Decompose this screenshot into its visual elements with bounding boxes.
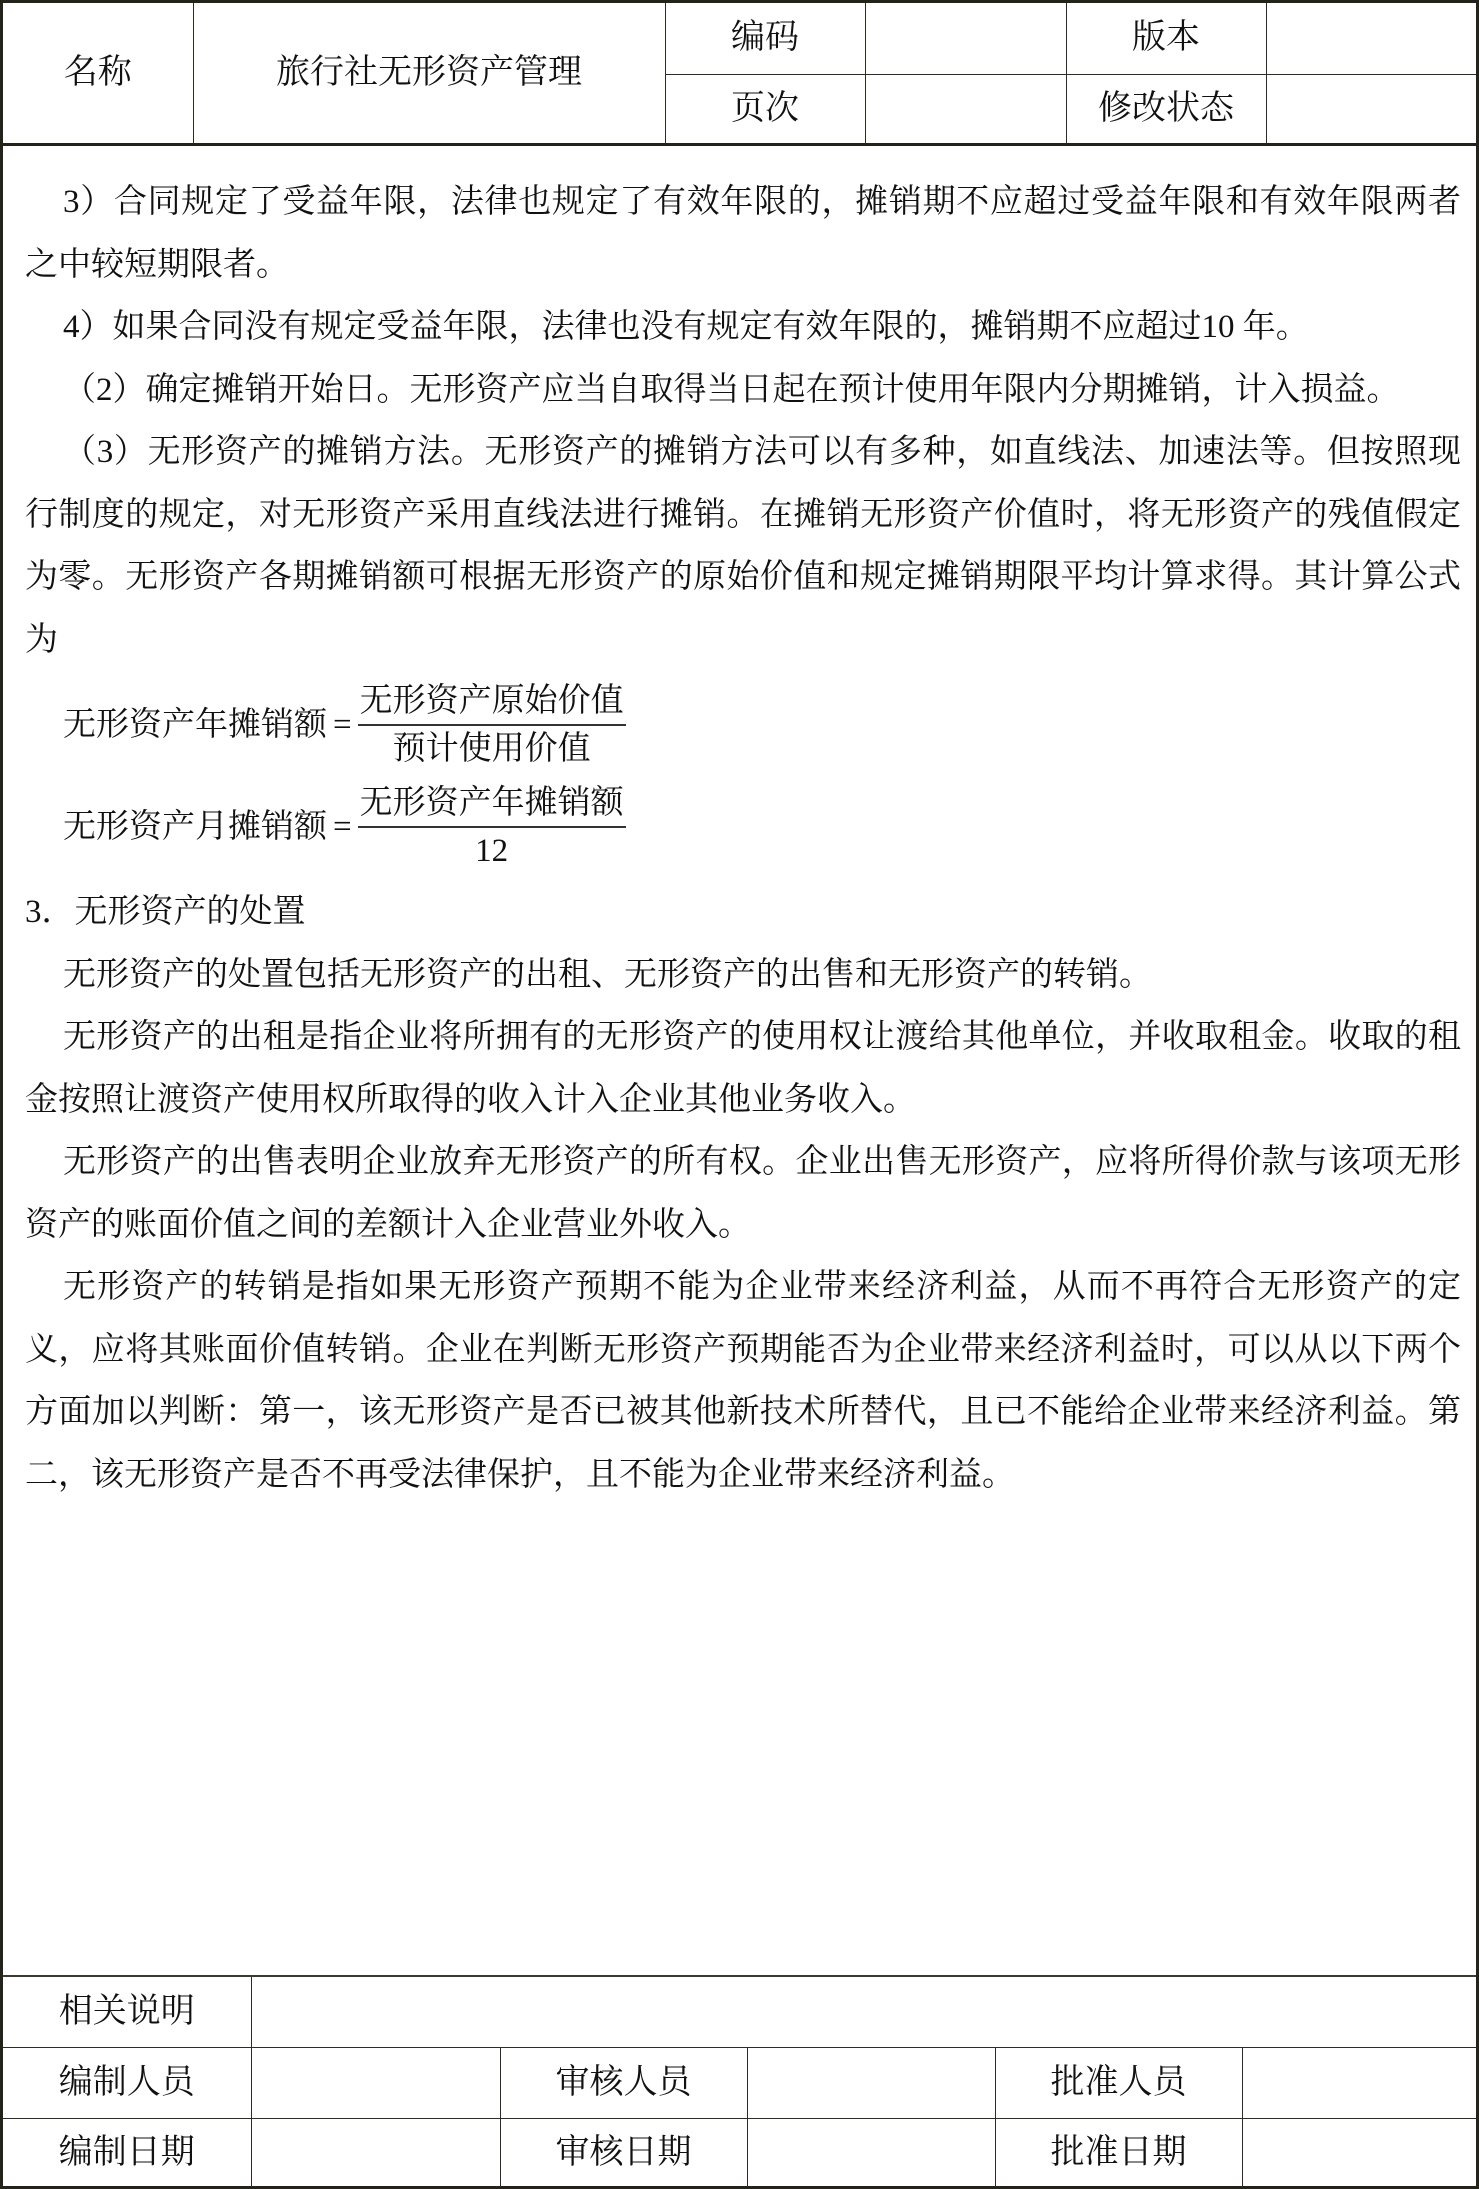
document-title: 旅行社无形资产管理 — [193, 3, 665, 144]
fraction: 无形资产年摊销额 12 — [358, 782, 626, 872]
formula-lhs: 无形资产年摊销额 — [63, 694, 327, 757]
page-value-cell[interactable] — [865, 74, 1066, 144]
version-value-cell[interactable] — [1266, 3, 1476, 74]
paragraph: 3）合同规定了受益年限，法律也规定了有效年限的，摊销期不应超过受益年限和有效年限… — [25, 171, 1461, 296]
paragraph: （3）无形资产的摊销方法。无形资产的摊销方法可以有多种，如直线法、加速法等。但按… — [25, 421, 1461, 671]
equals-sign: = — [333, 694, 352, 757]
equals-sign: = — [333, 796, 352, 859]
name-label: 名称 — [3, 3, 193, 144]
paragraph: 无形资产的出售表明企业放弃无形资产的所有权。企业出售无形资产，应将所得价款与该项… — [25, 1131, 1461, 1256]
paragraph: 4）如果合同没有规定受益年限，法律也没有规定有效年限的，摊销期不应超过10 年。 — [25, 296, 1461, 359]
paragraph: 无形资产的处置包括无形资产的出租、无形资产的出售和无形资产的转销。 — [25, 944, 1461, 1007]
approved-date-label: 批准日期 — [995, 2118, 1242, 2187]
reviewed-by-label: 审核人员 — [500, 2047, 747, 2118]
denominator: 预计使用价值 — [393, 726, 591, 770]
page-label: 页次 — [665, 74, 865, 144]
document-page: 名称 旅行社无形资产管理 编码 版本 页次 修改状态 3）合同规定了受益年限，法… — [0, 0, 1479, 2189]
notes-label: 相关说明 — [3, 1976, 251, 2047]
notes-value-cell[interactable] — [251, 1976, 1476, 2047]
header-table: 名称 旅行社无形资产管理 编码 版本 页次 修改状态 — [3, 3, 1476, 146]
version-label: 版本 — [1066, 3, 1266, 74]
fraction: 无形资产原始价值 预计使用价值 — [358, 680, 626, 770]
paragraph: 无形资产的出租是指企业将所拥有的无形资产的使用权让渡给其他单位，并收取租金。收取… — [25, 1006, 1461, 1131]
formula-annual-amortization: 无形资产年摊销额 = 无形资产原始价值 预计使用价值 — [25, 671, 1461, 779]
prepared-date-value-cell[interactable] — [251, 2118, 500, 2187]
formula-lhs: 无形资产月摊销额 — [63, 796, 327, 859]
prepared-by-value-cell[interactable] — [251, 2047, 500, 2118]
reviewed-date-label: 审核日期 — [500, 2118, 747, 2187]
denominator: 12 — [475, 828, 508, 872]
prepared-by-label: 编制人员 — [3, 2047, 251, 2118]
revision-label: 修改状态 — [1066, 74, 1266, 144]
footer-table: 相关说明 编制人员 审核人员 批准人员 编制日期 审核日期 批准日期 — [3, 1975, 1476, 2187]
revision-value-cell[interactable] — [1266, 74, 1476, 144]
section-heading: 3．无形资产的处置 — [25, 881, 1461, 944]
paragraph: （2）确定摊销开始日。无形资产应当自取得当日起在预计使用年限内分期摊销，计入损益… — [25, 359, 1461, 422]
approved-by-value-cell[interactable] — [1242, 2047, 1476, 2118]
approved-by-label: 批准人员 — [995, 2047, 1242, 2118]
paragraph: 无形资产的转销是指如果无形资产预期不能为企业带来经济利益，从而不再符合无形资产的… — [25, 1256, 1461, 1506]
prepared-date-label: 编制日期 — [3, 2118, 251, 2187]
document-body: 3）合同规定了受益年限，法律也规定了有效年限的，摊销期不应超过受益年限和有效年限… — [25, 171, 1461, 1506]
reviewed-date-value-cell[interactable] — [747, 2118, 995, 2187]
formula-monthly-amortization: 无形资产月摊销额 = 无形资产年摊销额 12 — [25, 773, 1461, 881]
code-label: 编码 — [665, 3, 865, 74]
reviewed-by-value-cell[interactable] — [747, 2047, 995, 2118]
approved-date-value-cell[interactable] — [1242, 2118, 1476, 2187]
numerator: 无形资产原始价值 — [358, 680, 626, 726]
code-value-cell[interactable] — [865, 3, 1066, 74]
numerator: 无形资产年摊销额 — [358, 782, 626, 828]
